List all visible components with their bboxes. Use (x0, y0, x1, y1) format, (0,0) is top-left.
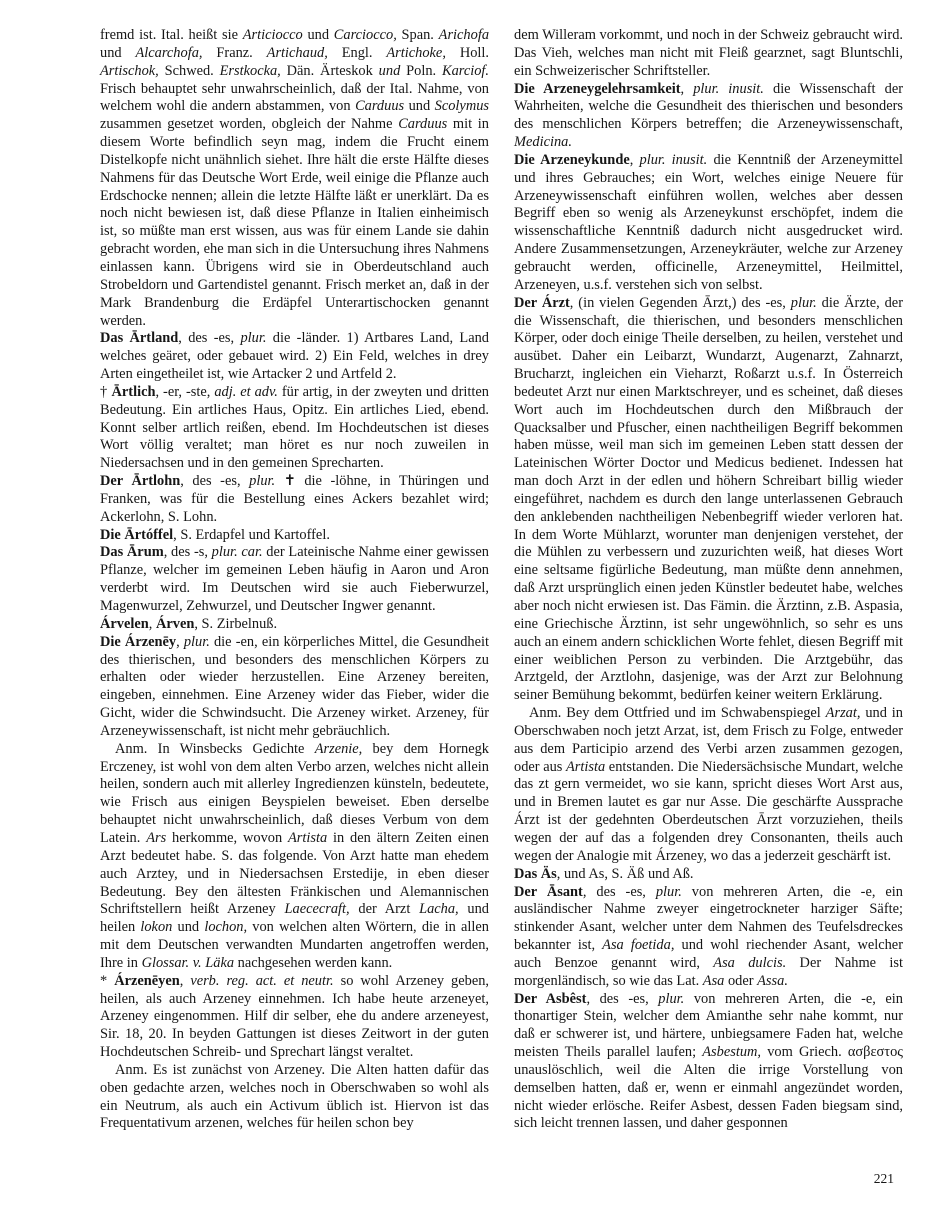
text-run: dem Willeram vorkommt, und noch in der S… (514, 27, 903, 79)
text-run: , (681, 81, 694, 97)
page-number: 221 (874, 1171, 894, 1187)
italic-term: Arzenie, (315, 741, 363, 757)
italic-term: Asbestum, (702, 1044, 761, 1060)
text-run: zusammen gesetzet worden, obgleich der N… (100, 116, 398, 132)
headword: Das Ārtland (100, 330, 178, 346)
headword: Die Arzeneykunde (514, 152, 630, 168)
text-run: , und As, S. Äß und Aß. (557, 866, 694, 882)
text-run: oder (724, 973, 757, 989)
italic-term: Asa dulcis. (713, 955, 786, 971)
entry-arzeneyen: * Árzenēyen, verb. reg. act. et neutr. s… (100, 973, 489, 1062)
headword: Die Ārtóffel (100, 527, 173, 543)
headword: Árzenēyen (114, 973, 180, 989)
italic-term: Ars (146, 830, 166, 846)
entry-artoffel: Die Ārtóffel, S. Erdapfel und Kartoffel. (100, 527, 489, 545)
headword: Der Ārtlohn (100, 473, 180, 489)
italic-term: Assa. (757, 973, 788, 989)
text-run: , (180, 973, 191, 989)
text-run: Holl. (446, 45, 489, 61)
italic-term: plur. car. (212, 544, 263, 560)
italic-term: Carduus (355, 98, 404, 114)
italic-term: plur. (791, 295, 817, 311)
anmerkung-arzeneyen: Anm. Es ist zunächst von Arzeney. Die Al… (100, 1062, 489, 1133)
headword: Ārtlich (112, 384, 156, 400)
entry-arzt: Der Árzt, (in vielen Gegenden Ārzt,) des… (514, 295, 903, 705)
text-run: † (100, 384, 112, 400)
entry-arvelen: Árvelen, Árven, S. Zirbelnuß. (100, 616, 489, 634)
text-run: fremd ist. Ital. heißt sie (100, 27, 243, 43)
italic-term: Artista (288, 830, 327, 846)
entry-arzeneygelehrsamkeit: Die Arzeneygelehrsamkeit, plur. inusit. … (514, 81, 903, 152)
anmerkung-arzt: Anm. Bey dem Ottfried und im Schwabenspi… (514, 705, 903, 866)
italic-term: Scolymus (435, 98, 489, 114)
text-run: , -er, -ste, (155, 384, 214, 400)
italic-term: Glossar. v. Läka (142, 955, 234, 971)
italic-term: Laececraft, (285, 901, 350, 917)
text-run: * (100, 973, 114, 989)
text-run: die Kenntniß der Arzeneymittel und ihres… (514, 152, 903, 293)
entry-arzeney: Die Árzenēy, plur. die -en, ein körperli… (100, 634, 489, 741)
headword: Die Arzeneygelehrsamkeit (514, 81, 681, 97)
text-run: nachgesehen werden kann. (234, 955, 392, 971)
text-run: und (172, 919, 204, 935)
text-run: Dän. Ärteskok (281, 63, 379, 79)
text-run: Franz. (203, 45, 267, 61)
text-run: , des -es, (586, 991, 658, 1007)
italic-term: plur. inusit. (693, 81, 764, 97)
continuation-artischocke: fremd ist. Ital. heißt sie Articiocco un… (100, 27, 489, 330)
italic-term: Carciocco, (334, 27, 397, 43)
headword: Die Árzenēy (100, 634, 176, 650)
text-run: der Arzt (350, 901, 419, 917)
headword: Das Äs (514, 866, 557, 882)
anmerkung-arzeney: Anm. In Winsbecks Gedichte Arzenie, bey … (100, 741, 489, 973)
italic-term: Arichofa (439, 27, 489, 43)
entry-artlohn: Der Ārtlohn, des -es, plur. ✝ die -löhne… (100, 473, 489, 527)
text-run: Anm. In Winsbecks Gedichte (115, 741, 315, 757)
text-run: und (404, 98, 435, 114)
italic-term: verb. reg. act. et neutr. (190, 973, 333, 989)
entry-arzeneykunde: Die Arzeneykunde, plur. inusit. die Kenn… (514, 152, 903, 295)
headword: Der Asbêst (514, 991, 586, 1007)
left-column: fremd ist. Ital. heißt sie Articiocco un… (100, 27, 489, 1133)
entry-aes: Das Äs, und As, S. Äß und Aß. (514, 866, 903, 884)
italic-term: Artista (566, 759, 605, 775)
headword: Árvelen (100, 616, 149, 632)
italic-term: plur. (656, 884, 682, 900)
text-run: , (630, 152, 640, 168)
continuation-arzenen: dem Willeram vorkommt, und noch in der S… (514, 27, 903, 81)
text-run: , (176, 634, 184, 650)
italic-term: Artichoke, (386, 45, 446, 61)
text-run: Anm. Bey dem Ottfried und im Schwabenspi… (529, 705, 826, 721)
italic-term: Asa foetida, (602, 937, 674, 953)
text-run: Span. (397, 27, 439, 43)
text-run: , S. Erdapfel und Kartoffel. (173, 527, 330, 543)
entry-asant: Der Āsant, des -es, plur. von mehreren A… (514, 884, 903, 991)
text-run: herkomme, wovon (166, 830, 288, 846)
italic-term: Asa (703, 973, 725, 989)
text-run: Poln. (400, 63, 442, 79)
italic-term: Arzat, (826, 705, 861, 721)
text-run: und (100, 45, 135, 61)
headword: Das Ārum (100, 544, 164, 560)
text-run: Anm. Es ist zunächst von Arzeney. Die Al… (100, 1062, 489, 1132)
headword: Der Árzt (514, 295, 570, 311)
entry-asbest: Der Asbêst, des -es, plur. von mehreren … (514, 991, 903, 1134)
right-column: dem Willeram vorkommt, und noch in der S… (514, 27, 903, 1133)
text-run: Engl. (328, 45, 387, 61)
italic-term: Alcarchofa, (135, 45, 202, 61)
text-run: Schwed. (159, 63, 220, 79)
italic-term: plur. (184, 634, 210, 650)
entry-arum: Das Ārum, des -s, plur. car. der Lateini… (100, 544, 489, 615)
entry-aertlich: † Ārtlich, -er, -ste, adj. et adv. für a… (100, 384, 489, 473)
dictionary-page: fremd ist. Ital. heißt sie Articiocco un… (0, 0, 935, 1210)
italic-term: Medicina. (514, 134, 572, 150)
italic-term: Erstkocka, (220, 63, 281, 79)
text-run: und (303, 27, 334, 43)
text-run: , des -es, (180, 473, 249, 489)
text-run: die Ärzte, der die Wissenschaft, die thi… (514, 295, 903, 704)
italic-term: lokon (140, 919, 172, 935)
italic-term: Lacha, (419, 901, 459, 917)
italic-term: lochon, (204, 919, 247, 935)
italic-term: Carduus (398, 116, 447, 132)
text-run: , (149, 616, 156, 632)
italic-term: Karciof. (442, 63, 489, 79)
italic-term: Artischok, (100, 63, 159, 79)
italic-term: plur. (249, 473, 275, 489)
italic-term: adj. et adv. (214, 384, 278, 400)
text-run: , des -s, (164, 544, 212, 560)
italic-term: plur. (658, 991, 684, 1007)
text-run: mit in diesem Worte befindlich seyn mag,… (100, 116, 489, 328)
italic-term: plur. (240, 330, 266, 346)
italic-term: Artichaud, (267, 45, 328, 61)
italic-term: plur. inusit. (640, 152, 708, 168)
text-run: , des -es, (178, 330, 240, 346)
text-run: , S. Zirbelnuß. (194, 616, 277, 632)
text-run: , (in vielen Gegenden Ārzt,) des -es, (570, 295, 791, 311)
italic-term: Articiocco (243, 27, 303, 43)
entry-artland: Das Ārtland, des -es, plur. die -länder.… (100, 330, 489, 384)
italic-term: und (379, 63, 401, 79)
text-run: , des -es, (583, 884, 656, 900)
headword: Árven (156, 616, 194, 632)
headword: Der Āsant (514, 884, 583, 900)
